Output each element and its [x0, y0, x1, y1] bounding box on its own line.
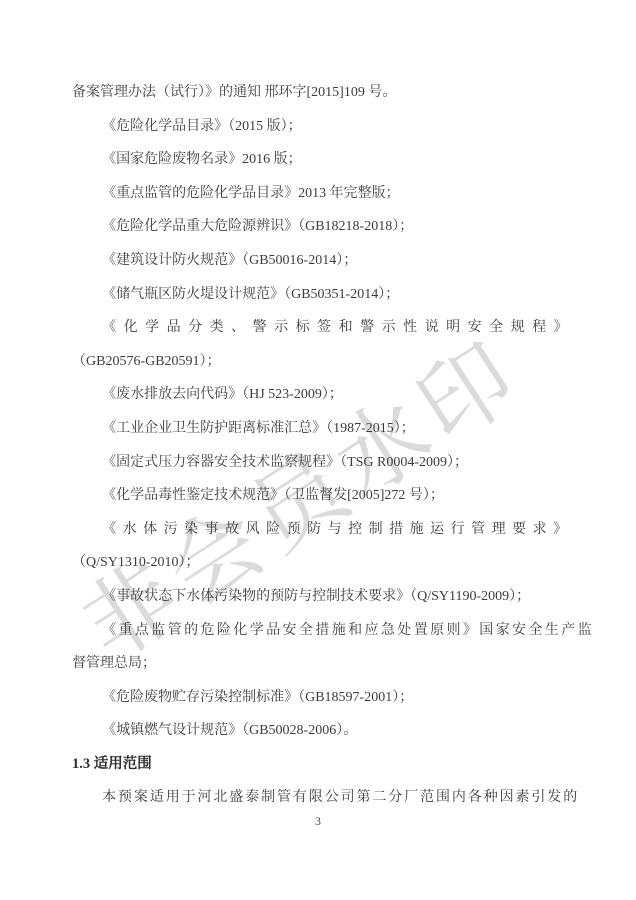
- document-line: 《危险化学品目录》（2015 版）；: [72, 110, 566, 144]
- document-line: 《废水排放去向代码》（HJ 523-2009）；: [72, 378, 566, 412]
- document-line: 《水体污染事故风险预防与控制措施运行管理要求》: [72, 513, 566, 547]
- document-line: 《国家危险废物名录》2016 版；: [72, 143, 566, 177]
- page-number: 3: [0, 814, 636, 829]
- document-line: 备案管理办法（试行）》的通知 邢环字[2015]109 号。: [72, 76, 566, 110]
- document-line: 《工业企业卫生防护距离标准汇总》（1987-2015）；: [72, 412, 566, 446]
- document-line: 《重点监管的危险化学品目录》2013 年完整版；: [72, 177, 566, 211]
- document-line: 《建筑设计防火规范》（GB50016-2014）；: [72, 244, 566, 278]
- document-line: 《事故状态下水体污染物的预防与控制技术要求》（Q/SY1190-2009）；: [72, 580, 566, 614]
- document-line: 《化学品分类、警示标签和警示性说明安全规程》: [72, 311, 566, 345]
- document-line: （Q/SY1310-2010）；: [72, 546, 566, 580]
- document-line: （GB20576-GB20591）；: [72, 345, 566, 379]
- document-line: 《储气瓶区防火堤设计规范》（GB50351-2014）；: [72, 278, 566, 312]
- document-line: 本预案适用于河北盛泰制管有限公司第二分厂范围内各种因素引发的: [72, 781, 566, 815]
- document-line: 《固定式压力容器安全技术监察规程》（TSG R0004-2009）；: [72, 446, 566, 480]
- document-line: 《危险废物贮存污染控制标准》（GB18597-2001）；: [72, 681, 566, 715]
- section-heading: 1.3 适用范围: [72, 748, 566, 782]
- document-line: 《化学品毒性鉴定技术规范》（卫监督发[2005]272 号）；: [72, 479, 566, 513]
- document-line: 《城镇燃气设计规范》（GB50028-2006）。: [72, 714, 566, 748]
- document-line: 督管理总局；: [72, 647, 566, 681]
- document-line: 《危险化学品重大危险源辨识》（GB18218-2018）；: [72, 210, 566, 244]
- document-page: 非会员水印 备案管理办法（试行）》的通知 邢环字[2015]109 号。《危险化…: [0, 0, 636, 900]
- document-content: 备案管理办法（试行）》的通知 邢环字[2015]109 号。《危险化学品目录》（…: [72, 76, 566, 815]
- document-line: 《重点监管的危险化学品安全措施和应急处置原则》国家安全生产监: [72, 614, 566, 648]
